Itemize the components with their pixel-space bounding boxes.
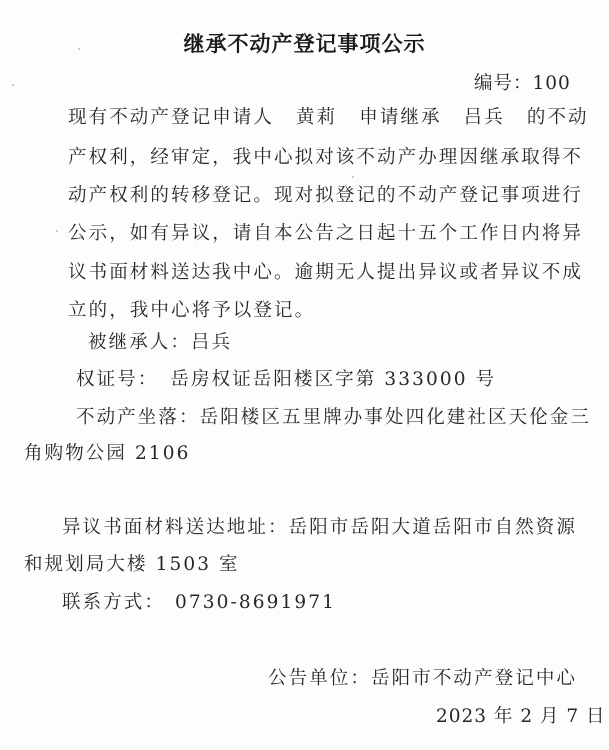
- issue-date: 2023 年 2 月 7 日: [436, 705, 606, 729]
- body-line-2: 产权利，经审定，我中心拟对该不动产办理因继承取得不: [68, 146, 583, 170]
- issuer-value: 岳阳市不动产登记中心: [371, 668, 577, 689]
- scan-speck: [12, 84, 14, 86]
- body-line-4: 公示，如有异议，请自本公告之日起十五个工作日内将异: [68, 222, 583, 246]
- serial-number: 编号：100: [474, 72, 571, 96]
- decedent-field: 被继承人：吕兵: [88, 331, 232, 355]
- location-value-line1: 岳阳楼区五里牌办事处四化建社区天伦金三: [200, 407, 591, 428]
- objection-address-line1: 岳阳市岳阳大道岳阳市自然资源: [289, 517, 577, 538]
- serial-value: 100: [533, 73, 571, 94]
- contact-field: 联系方式：0730-8691971: [62, 591, 336, 615]
- location-field: 不动产坐落：岳阳楼区五里牌办事处四化建社区天伦金三: [76, 406, 591, 430]
- decedent-label: 被继承人：: [88, 332, 191, 353]
- body-line-3: 动产权利的转移登记。现对拟登记的不动产登记事项进行: [68, 184, 583, 208]
- certificate-label: 权证号：: [76, 369, 158, 390]
- scan-speck: [56, 230, 58, 232]
- certificate-value: 岳房权证岳阳楼区字第 333000 号: [170, 369, 496, 390]
- contact-value: 0730-8691971: [175, 592, 336, 613]
- objection-address-line2: 和规划局大楼 1503 室: [24, 553, 240, 577]
- document-title: 继承不动产登记事项公示: [0, 28, 609, 58]
- body-line-5: 议书面材料送达我中心。逾期无人提出异议或者异议不成: [68, 261, 583, 285]
- contact-label: 联系方式：: [62, 592, 165, 613]
- scan-speck: [78, 48, 80, 50]
- body-line1-prefix: 现有不动产登记申请人: [68, 107, 274, 128]
- body-line-1: 现有不动产登记申请人黄莉申请继承吕兵的不动: [68, 106, 589, 130]
- issuer-field: 公告单位：岳阳市不动产登记中心: [268, 667, 577, 691]
- decedent-value: 吕兵: [191, 332, 232, 353]
- decedent-name-inline: 吕兵: [464, 107, 505, 128]
- issuer-label: 公告单位：: [268, 668, 371, 689]
- scan-speck: [352, 176, 354, 178]
- certificate-field: 权证号：岳房权证岳阳楼区字第 333000 号: [76, 368, 496, 392]
- location-value-line2: 角购物公园 2106: [24, 442, 190, 466]
- body-line1-suffix: 的不动: [527, 107, 589, 128]
- body-line-6: 立的，我中心将予以登记。: [68, 299, 315, 323]
- serial-label: 编号：: [474, 73, 533, 94]
- body-line1-mid: 申请继承: [359, 107, 441, 128]
- applicant-name: 黄莉: [296, 107, 337, 128]
- notice-document: 继承不动产登记事项公示 编号：100 现有不动产登记申请人黄莉申请继承吕兵的不动…: [0, 0, 609, 750]
- objection-address-field: 异议书面材料送达地址：岳阳市岳阳大道岳阳市自然资源: [62, 516, 577, 540]
- location-label: 不动产坐落：: [76, 407, 200, 428]
- objection-address-label: 异议书面材料送达地址：: [62, 517, 289, 538]
